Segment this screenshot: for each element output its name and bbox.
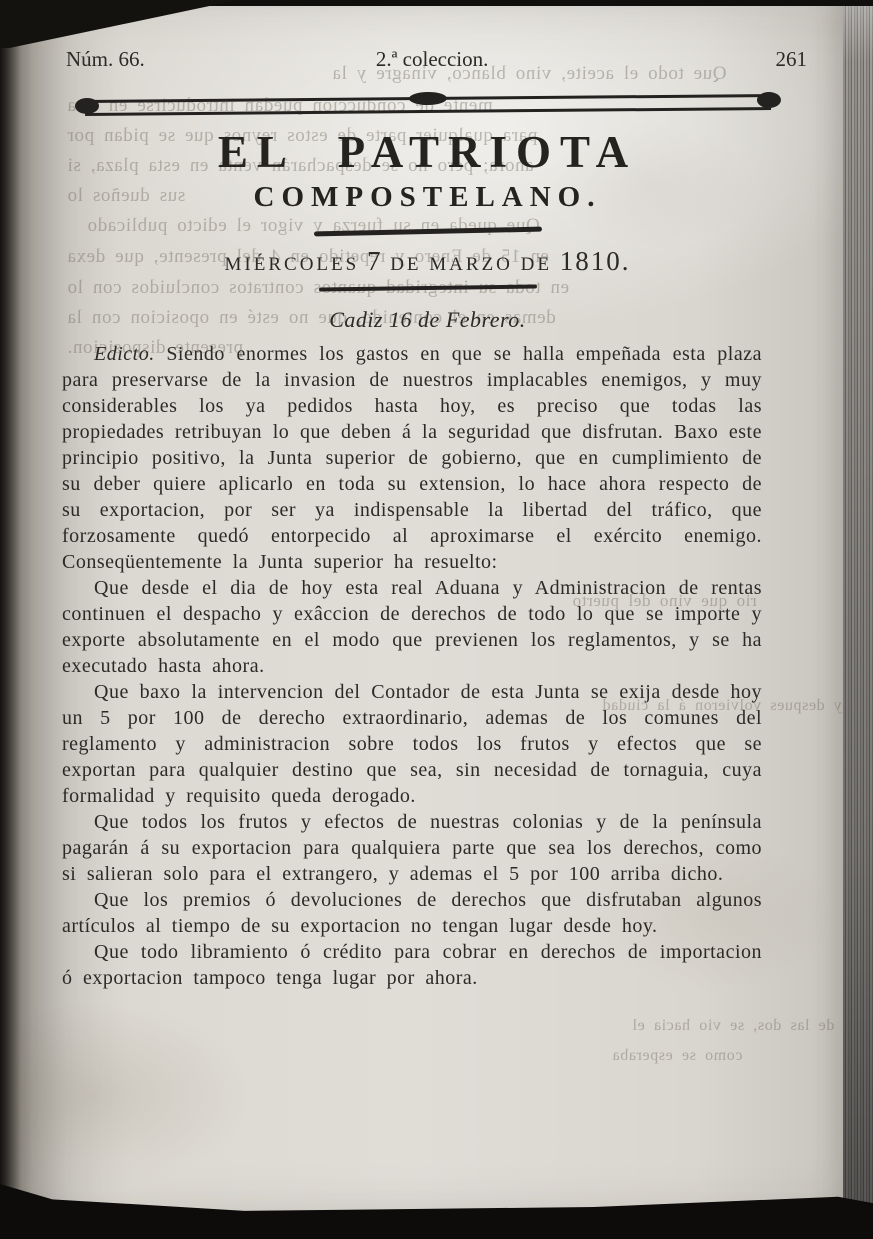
article-paragraph: Que los premios ó devoluciones de derech… [62, 887, 762, 939]
ornamental-rule [84, 94, 770, 116]
issue-number: Núm. 66. [66, 47, 145, 72]
divider-rule-bottom [318, 284, 536, 291]
article-body: Edicto. Siendo enormes los gastos en que… [62, 341, 762, 991]
bleedthrough-text: Aretes de las dos, se vio hacia el [632, 1017, 843, 1035]
collection-label: 2.ª coleccion. [376, 47, 489, 72]
article-paragraph: Que todos los frutos y efectos de nuestr… [62, 809, 762, 887]
article-paragraph: Que todo libramiento ó crédito para cobr… [62, 939, 762, 991]
masthead-title-line1: EL PATRIOTA [12, 126, 843, 178]
date-segment: 1810. [560, 246, 631, 276]
masthead-date: MIÉRCOLES 7 DE MARZO DE 1810. [12, 246, 843, 277]
article-paragraph: Edicto. Siendo enormes los gastos en que… [62, 341, 762, 575]
article-paragraph: Que desde el dia de hoy esta real Aduana… [62, 575, 762, 679]
bleedthrough-text: como se esperaba [612, 1047, 742, 1065]
date-segment: MIÉRCOLES [225, 254, 367, 275]
date-segment: 7 [367, 246, 383, 276]
rule-finial-right [756, 92, 780, 108]
book-fore-edge [843, 0, 873, 1239]
article-dateline: Cadiz 16 de Febrero. [12, 307, 843, 333]
printed-content: Núm. 66. 2.ª coleccion. 261 EL PATRIOTA … [12, 5, 843, 991]
scanned-page: Que todo el aceite, vino blanco, vinagre… [12, 5, 843, 1239]
paragraph-lead: Edicto. [94, 343, 166, 365]
masthead-title-line2: COMPOSTELANO. [12, 181, 843, 214]
divider-rule-top [313, 227, 541, 237]
rule-finial-center [408, 92, 446, 105]
page-number: 261 [776, 47, 808, 72]
article-paragraph: Que baxo la intervencion del Contador de… [62, 679, 762, 809]
rule-finial-left [74, 98, 98, 114]
date-segment: DE MARZO DE [382, 254, 559, 275]
book-scan: Que todo el aceite, vino blanco, vinagre… [0, 0, 873, 1239]
